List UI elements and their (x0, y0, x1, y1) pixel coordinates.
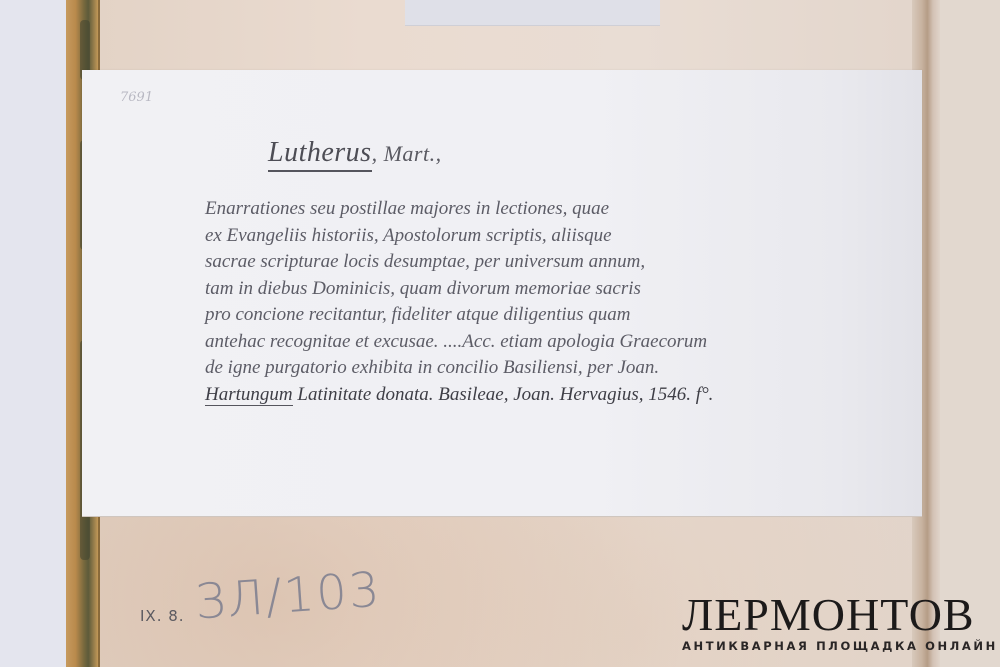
description-line: de igne purgatorio exhibita in concilio … (205, 355, 825, 382)
top-paper-slip (405, 0, 660, 26)
logo-tagline: АНТИКВАРНАЯ ПЛОЩАДКА ОНЛАЙН (682, 639, 998, 653)
description-line: ex Evangeliis historiis, Apostolorum scr… (205, 223, 825, 250)
translator-name: Hartungum (205, 384, 293, 406)
imprint-text: Latinitate donata. Basileae, Joan. Herva… (293, 384, 714, 405)
logo-name: ЛЕРМОНТОВ (682, 593, 998, 637)
photo-stage: 7691 Lutherus, Mart., Enarrationes seu p… (0, 0, 1000, 667)
author-surname: Lutherus (268, 137, 372, 172)
watermark-logo: ЛЕРМОНТОВ АНТИКВАРНАЯ ПЛОЩАДКА ОНЛАЙН (682, 593, 998, 653)
author-forename: Mart., (384, 141, 442, 166)
pencil-shelf-mark: IX. 8. (140, 607, 185, 625)
description-line: sacrae scripturae locis desumptae, per u… (205, 249, 825, 276)
description-line: Enarrationes seu postillae majores in le… (205, 196, 825, 223)
author-heading: Lutherus, Mart., (268, 137, 442, 169)
facing-page-edge (940, 0, 1000, 667)
slip-number: 7691 (120, 90, 153, 105)
description-line: tam in diebus Dominicis, quam divorum me… (205, 276, 825, 303)
description-line-imprint: Hartungum Latinitate donata. Basileae, J… (205, 382, 825, 409)
catalogue-description: Enarrationes seu postillae majores in le… (205, 196, 825, 408)
description-line: antehac recognitae et excusae. ....Acc. … (205, 329, 825, 356)
description-line: pro concione recitantur, fideliter atque… (205, 302, 825, 329)
